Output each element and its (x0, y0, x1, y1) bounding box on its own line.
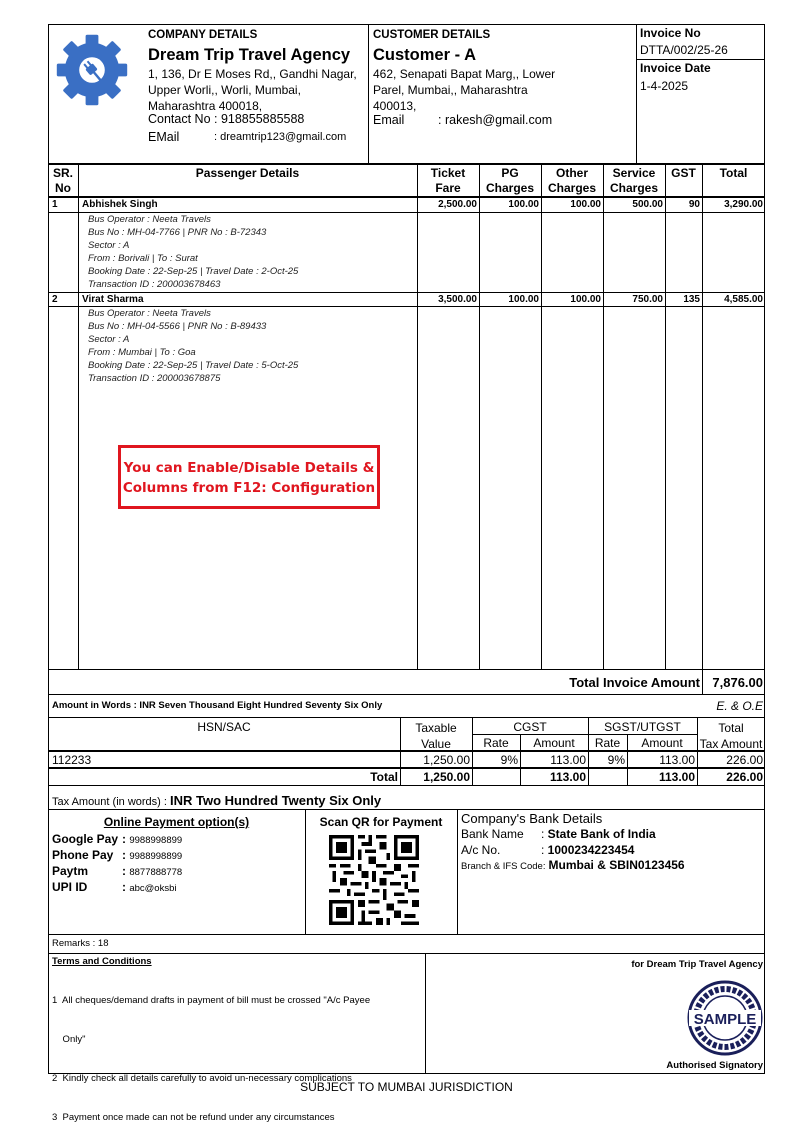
amount-in-words: Amount in Words : INR Seven Thousand Eig… (52, 700, 382, 711)
company-address-line: Upper Worli,, Worli, Mumbai, (148, 82, 366, 98)
qr-code-icon (329, 835, 419, 925)
gear-plug-icon (52, 30, 132, 110)
passenger-name: Virat Sharma (82, 294, 144, 305)
customer-name: Customer - A (373, 46, 476, 65)
remarks: Remarks : 18 (52, 938, 109, 949)
divider (48, 953, 765, 954)
tax-header-cgst: CGST (472, 720, 588, 734)
bank-acc: 1000234223454 (548, 843, 635, 857)
contact-value: 918855885588 (221, 112, 304, 126)
col-header-ticket: TicketFare (417, 166, 479, 196)
gst: 90 (665, 199, 700, 210)
pg-charges: 100.00 (479, 199, 539, 210)
tax-total-sgst: 113.00 (627, 770, 695, 784)
tax-words-value: INR Two Hundred Twenty Six Only (170, 793, 381, 808)
customer-address-line: Parel, Mumbai,, Maharashtra (373, 82, 633, 98)
bank-acc-row: A/c No.: 1000234223454 (461, 843, 634, 857)
divider (48, 767, 765, 769)
bank-title: Company's Bank Details (461, 811, 602, 826)
qr-title: Scan QR for Payment (305, 815, 457, 829)
tax-words-label: Tax Amount (in words) : (52, 796, 167, 808)
authorised-signatory: Authorised Signatory (430, 1060, 763, 1071)
col-header-total: Total (702, 166, 765, 181)
col-header-pg: PGCharges (479, 166, 541, 196)
tax-in-words: Tax Amount (in words) : INR Two Hundred … (52, 793, 381, 808)
col-divider (603, 164, 604, 669)
col-header-service: ServiceCharges (603, 166, 665, 196)
tax-header-taxable: TaxableValue (400, 720, 472, 752)
divider (48, 717, 765, 718)
divider (48, 196, 765, 198)
company-section-label: COMPANY DETAILS (148, 29, 257, 41)
company-name: Dream Trip Travel Agency (148, 46, 350, 65)
col-divider (417, 164, 418, 669)
col-divider (665, 164, 666, 669)
customer-email-label: Email (373, 113, 404, 127)
company-email-value: : dreamtrip123@gmail.com (214, 131, 346, 143)
payment-option: UPI ID: abc@oksbi (52, 880, 182, 896)
bank-name-row: Bank Name: State Bank of India (461, 827, 656, 841)
cgst-amount-header: Amount (520, 736, 588, 750)
divider (368, 24, 369, 164)
terms-item: 1 All cheques/demand drafts in payment o… (52, 994, 370, 1007)
contact-label: Contact No (148, 112, 211, 126)
company-address-line: 1, 136, Dr E Moses Rd,, Gandhi Nagar, (148, 66, 366, 82)
cgst-rate: 9% (472, 753, 518, 767)
company-address: 1, 136, Dr E Moses Rd,, Gandhi Nagar, Up… (148, 66, 366, 114)
terms-title: Terms and Conditions (52, 956, 152, 967)
customer-email: : rakesh@gmail.com (438, 113, 552, 127)
col-divider (541, 164, 542, 669)
bank-acc-label: A/c No. (461, 843, 541, 857)
terms-item: Only" (52, 1033, 370, 1046)
payment-title: Online Payment option(s) (48, 815, 305, 829)
other-charges: 100.00 (541, 199, 601, 210)
pg-charges: 100.00 (479, 294, 539, 305)
col-divider (457, 810, 458, 934)
sgst-amount: 113.00 (627, 753, 695, 767)
col-header-passenger: Passenger Details (78, 166, 417, 181)
service-charges: 750.00 (603, 294, 663, 305)
customer-section-label: CUSTOMER DETAILS (373, 29, 490, 41)
payment-option: Google Pay: 9988998899 (52, 832, 182, 848)
taxable-value: 1,250.00 (400, 753, 470, 767)
tax-total-amount: 226.00 (697, 770, 763, 784)
invoice-date-label: Invoice Date (640, 61, 711, 75)
payment-option: Phone Pay: 9988998899 (52, 848, 182, 864)
divider (48, 785, 765, 786)
divider (48, 163, 765, 165)
passenger-name: Abhishek Singh (82, 199, 158, 210)
email-label: EMail (148, 130, 179, 144)
payment-options: Google Pay: 9988998899 Phone Pay: 998899… (52, 832, 182, 896)
bank-branch: Mumbai & SBIN0123456 (549, 858, 685, 872)
terms-item: 3 Payment once made can not be refund un… (52, 1111, 370, 1124)
divider (48, 669, 765, 670)
eoe: E. & O.E (700, 699, 763, 713)
sgst-rate-header: Rate (588, 736, 627, 750)
other-charges: 100.00 (541, 294, 601, 305)
row-total: 4,585.00 (702, 294, 763, 305)
passenger-details: Bus Operator : Neeta TravelsBus No : MH-… (88, 307, 298, 385)
col-header-sr: SR.No (48, 166, 78, 196)
row-total: 3,290.00 (702, 199, 763, 210)
bank-branch-row: Branch & IFS Code: Mumbai & SBIN0123456 (461, 858, 685, 872)
customer-address: 462, Senapati Bapat Marg,, Lower Parel, … (373, 66, 633, 114)
tax-total-cgst: 113.00 (520, 770, 586, 784)
bank-name: State Bank of India (548, 827, 656, 841)
divider (48, 934, 765, 935)
divider (472, 734, 697, 735)
service-charges: 500.00 (603, 199, 663, 210)
invoice-no: DTTA/002/25-26 (640, 43, 728, 57)
sgst-rate: 9% (588, 753, 625, 767)
tax-total-taxable: 1,250.00 (400, 770, 470, 784)
total-invoice-value: 7,876.00 (702, 675, 763, 690)
config-note: You can Enable/Disable Details & Columns… (118, 445, 380, 509)
tax-header-total: TotalTax Amount (697, 720, 765, 752)
col-divider (425, 954, 426, 1074)
invoice-no-label: Invoice No (640, 26, 701, 40)
divider (636, 59, 765, 60)
divider (48, 694, 765, 695)
tax-total-label: Total (48, 770, 398, 784)
email-value: dreamtrip123@gmail.com (220, 131, 346, 143)
col-divider (702, 164, 703, 694)
sgst-amount-header: Amount (627, 736, 697, 750)
col-divider (78, 164, 79, 669)
payment-option: Paytm: 8877888778 (52, 864, 182, 880)
row-sr: 1 (52, 199, 58, 210)
divider (48, 292, 765, 293)
total-tax: 226.00 (697, 753, 763, 767)
sample-stamp-icon: SAMPLE (687, 980, 763, 1056)
hsn-code: 112233 (52, 753, 91, 767)
ticket-fare: 2,500.00 (417, 199, 477, 210)
row-sr: 2 (52, 294, 58, 305)
col-header-other: OtherCharges (541, 166, 603, 196)
bank-branch-label: Branch & IFS Code: (461, 861, 545, 872)
col-divider (479, 164, 480, 669)
jurisdiction-footer: SUBJECT TO MUMBAI JURISDICTION (48, 1080, 765, 1094)
customer-email-value: rakesh@gmail.com (445, 113, 552, 127)
invoice-date: 1-4-2025 (640, 79, 688, 93)
ticket-fare: 3,500.00 (417, 294, 477, 305)
col-header-gst: GST (665, 166, 702, 181)
gst: 135 (665, 294, 700, 305)
customer-address-line: 462, Senapati Bapat Marg,, Lower (373, 66, 633, 82)
divider (636, 24, 637, 164)
divider (48, 809, 765, 810)
company-email: EMail (148, 130, 179, 144)
cgst-rate-header: Rate (472, 736, 520, 750)
bank-name-label: Bank Name (461, 827, 541, 841)
terms-list: 1 All cheques/demand drafts in payment o… (52, 968, 370, 1137)
passenger-details: Bus Operator : Neeta TravelsBus No : MH-… (88, 213, 298, 291)
total-invoice-label: Total Invoice Amount (420, 675, 700, 690)
customer-address-line: 400013, (373, 98, 633, 114)
tax-header-hsn: HSN/SAC (48, 720, 400, 734)
tax-header-sgst: SGST/UTGST (588, 720, 697, 734)
cgst-amount: 113.00 (520, 753, 586, 767)
for-company-label: for Dream Trip Travel Agency (430, 959, 763, 970)
company-contact: Contact No : 918855885588 (148, 112, 304, 126)
svg-text:SAMPLE: SAMPLE (694, 1011, 757, 1028)
